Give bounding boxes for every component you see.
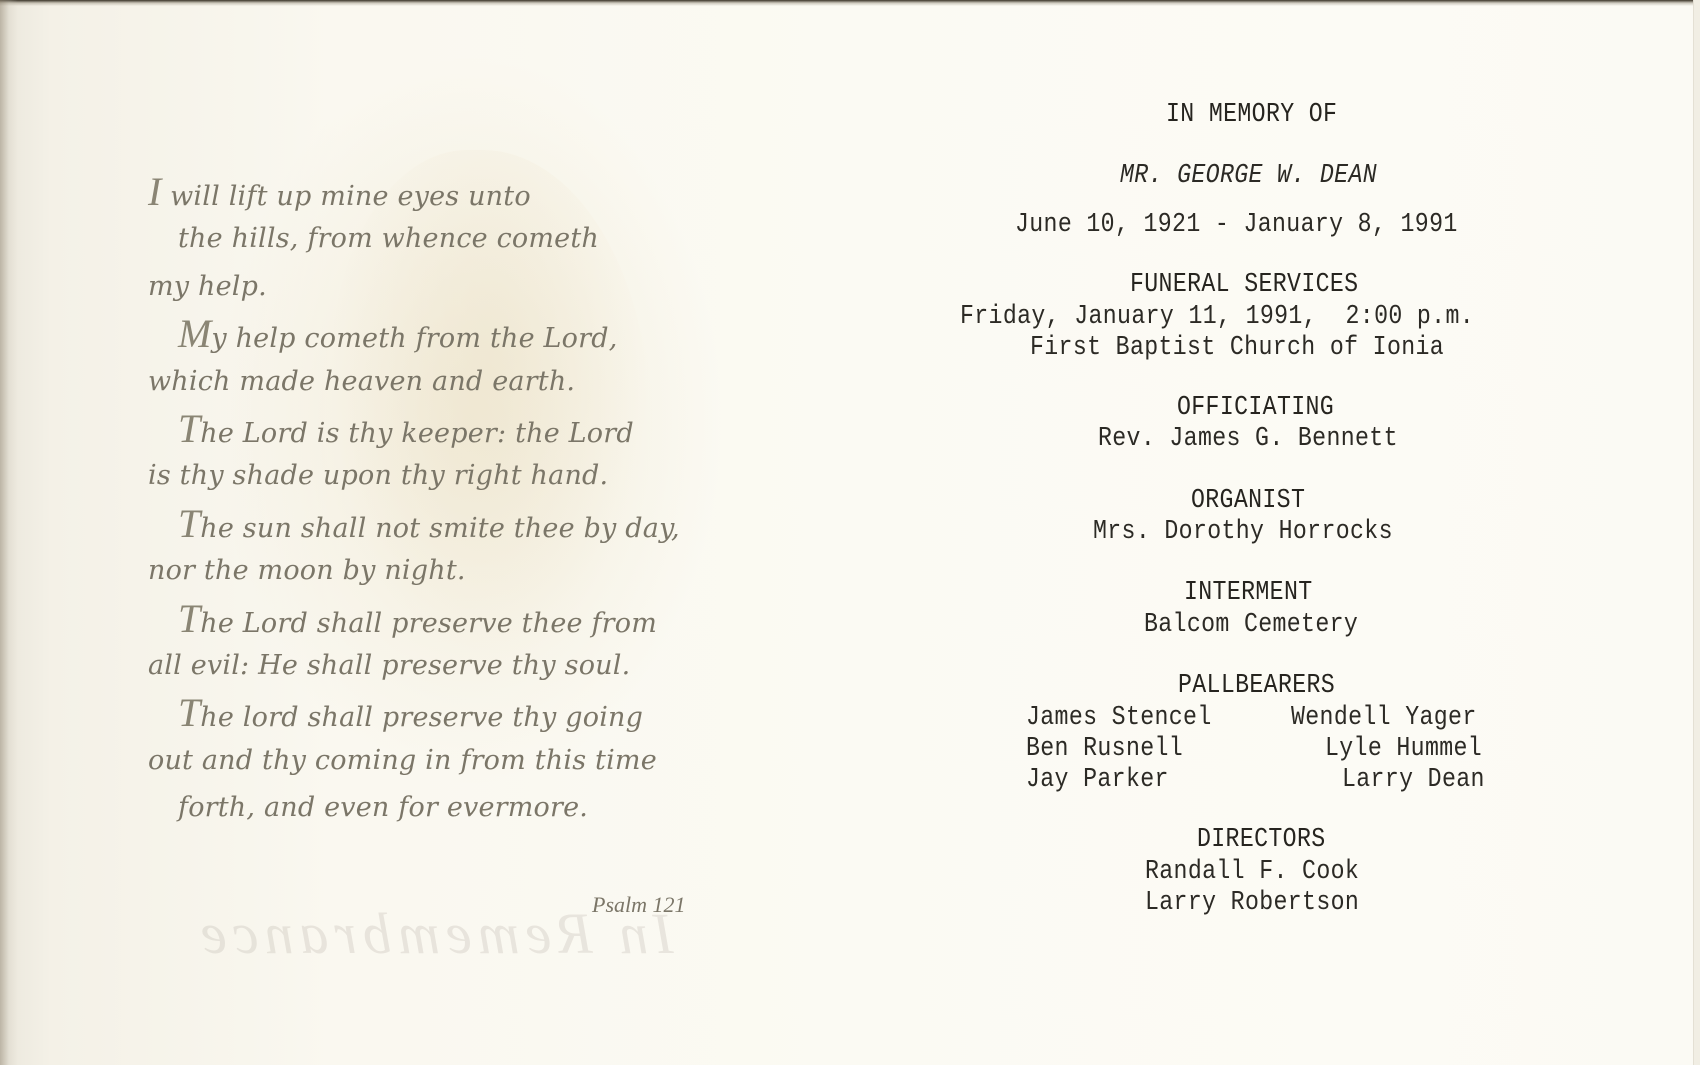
interment-label: INTERMENT [1184,578,1313,608]
psalm-line: out and thy coming in from this time [148,737,708,784]
pallbearer: James Stencel [1026,703,1212,733]
psalm-line: My help cometh from the Lord, [148,310,708,357]
director-name: Randall F. Cook [1145,857,1359,887]
psalm-line: The lord shall preserve thy going [148,689,708,736]
drop-cap: T [178,596,199,641]
scan-left-shadow [0,0,18,1065]
service-program: IN MEMORY OF MR. GEORGE W. DEAN June 10,… [900,0,1670,1065]
memorial-card-scan: I will lift up mine eyes unto the hills,… [0,0,1700,1065]
drop-cap: I [148,169,160,214]
psalm-line: I will lift up mine eyes unto [148,168,708,215]
officiant-name: Rev. James G. Bennett [1098,424,1398,454]
drop-cap: T [178,501,199,546]
drop-cap: T [178,690,199,735]
psalm-line: is thy shade upon thy right hand. [148,452,708,499]
deceased-name: MR. GEORGE W. DEAN [1120,161,1377,191]
pallbearers-label: PALLBEARERS [1178,671,1335,701]
drop-cap: T [178,406,199,451]
organist-label: ORGANIST [1191,486,1305,516]
life-dates: June 10, 1921 - January 8, 1991 [1015,210,1458,240]
director-name: Larry Robertson [1145,888,1359,918]
pallbearer: Larry Dean [1342,765,1485,795]
funeral-datetime: Friday, January 11, 1991, 2:00 p.m. [960,302,1474,332]
psalm-line: forth, and even for evermore. [148,784,708,831]
pallbearer: Jay Parker [1026,765,1169,795]
paper-right-edge [1693,0,1700,1065]
psalm-line: The sun shall not smite thee by day, [148,500,708,547]
psalm-line: The Lord shall preserve thee from [148,595,708,642]
in-remembrance-watermark: In Remembrance [195,900,674,967]
pallbearer: Wendell Yager [1291,703,1477,733]
interment-place: Balcom Cemetery [1144,610,1358,640]
psalm-line: The Lord is thy keeper: the Lord [148,405,708,452]
organist-name: Mrs. Dorothy Horrocks [1093,517,1393,547]
psalm-line: nor the moon by night. [148,547,708,594]
psalm-line: the hills, from whence cometh [148,215,708,262]
heading-in-memory: IN MEMORY OF [1166,100,1337,130]
funeral-location: First Baptist Church of Ionia [1030,333,1444,363]
pallbearer: Lyle Hummel [1325,734,1482,764]
psalm-line: all evil: He shall preserve thy soul. [148,642,708,689]
drop-cap: M [178,311,210,356]
funeral-services-label: FUNERAL SERVICES [1130,270,1358,300]
psalm-line: which made heaven and earth. [148,358,708,405]
psalm-verse: I will lift up mine eyes unto the hills,… [148,168,708,831]
directors-label: DIRECTORS [1197,825,1326,855]
psalm-line: my help. [148,263,708,310]
pallbearer: Ben Rusnell [1026,734,1183,764]
officiating-label: OFFICIATING [1177,393,1334,423]
